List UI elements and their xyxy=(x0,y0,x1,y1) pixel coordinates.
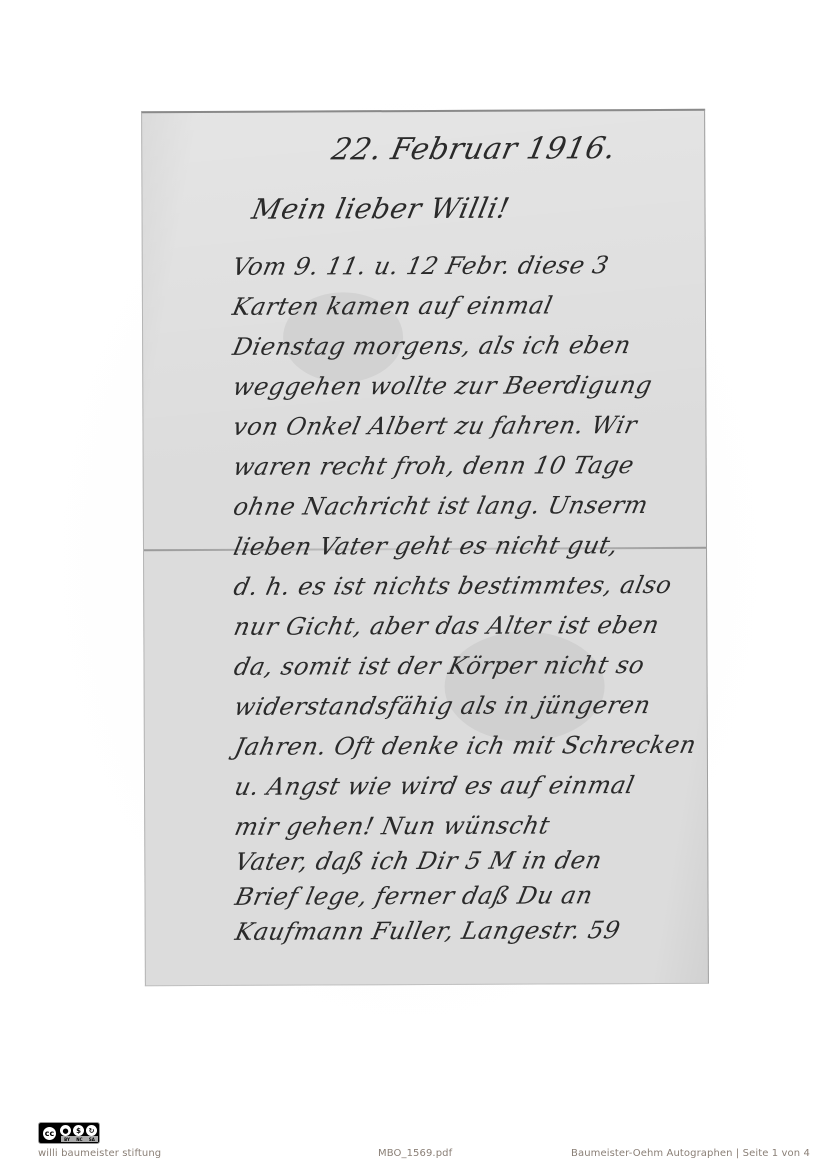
letter-line: widerstandsfähig als in jüngeren xyxy=(232,691,654,721)
letter-line: Dienstag morgens, als ich eben xyxy=(230,331,633,361)
file-name: MBO_1569.pdf xyxy=(378,1148,452,1159)
letter-line: Vater, daß ich Dir 5 M in den xyxy=(232,846,604,876)
letter-line: Vom 9. 11. u. 12 Febr. diese 3 xyxy=(230,251,612,281)
paper-stain xyxy=(444,631,604,742)
letter-line: Jahren. Oft denke ich mit Schrecken xyxy=(232,731,699,761)
letter-line: von Onkel Albert zu fahren. Wir xyxy=(231,411,640,441)
collection-page-info: Baumeister-Oehm Autographen | Seite 1 vo… xyxy=(571,1148,810,1159)
letter-line: mir gehen! Nun wünscht xyxy=(232,811,552,840)
letter-line: Kaufmann Fuller, Langestr. 59 xyxy=(233,916,623,946)
by-attribution-icon: ● xyxy=(60,1125,71,1136)
license-badge[interactable]: cc ● $ ↻ BY NC SA xyxy=(38,1122,100,1144)
letter-line: ohne Nachricht ist lang. Unserm xyxy=(231,491,651,521)
cc-icon: cc xyxy=(41,1125,58,1142)
letter-line: waren recht froh, denn 10 Tage xyxy=(231,451,637,481)
creative-commons-by-nc-sa-icon: cc ● $ ↻ BY NC SA xyxy=(38,1122,100,1144)
letter-date: 22. Februar 1916. xyxy=(329,131,619,167)
letter-line: Brief lege, ferner daß Du an xyxy=(233,881,596,911)
license-terms: BY NC SA xyxy=(61,1136,98,1142)
nc-noncommercial-icon: $ xyxy=(73,1125,84,1136)
sa-sharealike-icon: ↻ xyxy=(86,1125,97,1136)
letter-line: Karten kamen auf einmal xyxy=(230,291,555,320)
letter-line: nur Gicht, aber das Alter ist eben xyxy=(231,611,662,641)
letter-line: da, somit ist der Körper nicht so xyxy=(232,651,648,681)
publisher-name: willi baumeister stiftung xyxy=(38,1148,161,1159)
letter-line: d. h. es ist nichts bestimmtes, also xyxy=(231,571,674,601)
letter-sheet: 22. Februar 1916. Mein lieber Willi! Vom… xyxy=(141,109,709,986)
letter-line: weggehen wollte zur Beerdigung xyxy=(230,371,654,401)
letter-line: lieben Vater geht es nicht gut, xyxy=(231,531,621,561)
letter-line: u. Angst wie wird es auf einmal xyxy=(232,771,637,801)
letter-salutation: Mein lieber Willi! xyxy=(249,192,513,226)
